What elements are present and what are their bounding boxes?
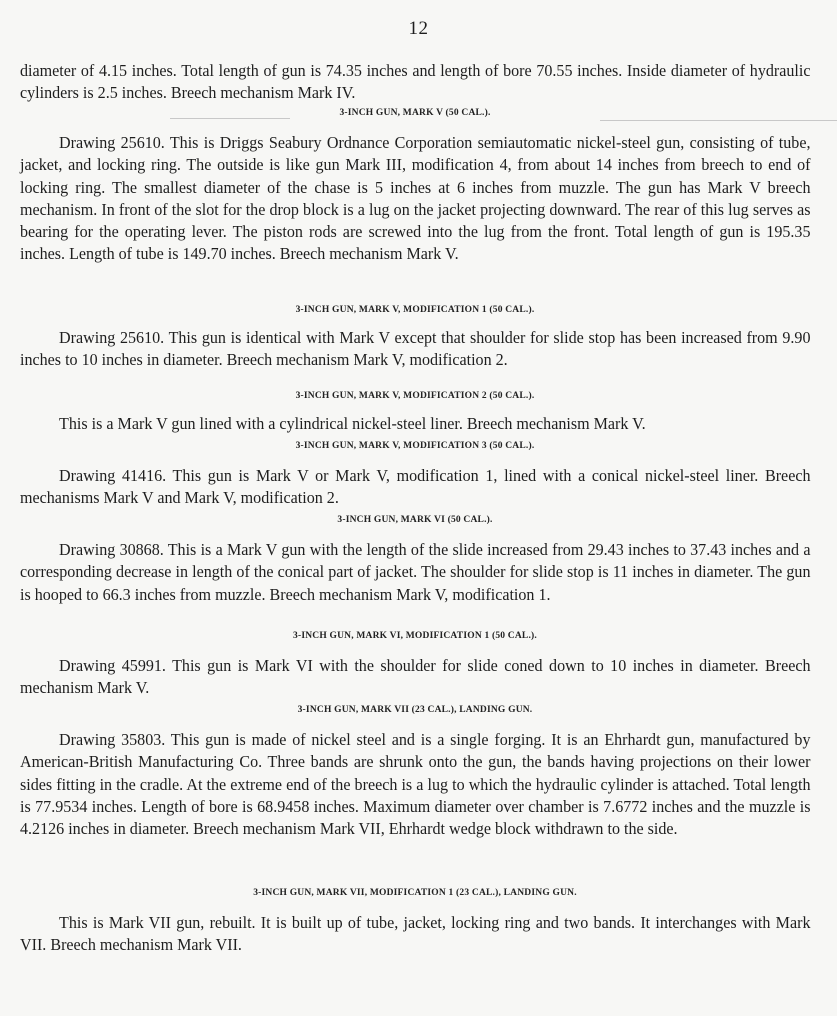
paragraph-mark-vi-mod-1: Drawing 45991. This gun is Mark VI with … [20,655,811,699]
document-page: 12 diameter of 4.15 inches. Total length… [0,0,837,1016]
paragraph-mark-v-mod-3: Drawing 41416. This gun is Mark V or Mar… [20,465,811,509]
page-number: 12 [0,18,837,40]
paragraph-mark-vi: Drawing 30868. This is a Mark V gun with… [20,539,811,627]
paragraph-continuation: diameter of 4.15 inches. Total length of… [20,60,811,104]
section-heading-mark-vi: 3-INCH GUN, MARK VI (50 CAL.). [20,515,810,525]
paragraph-mark-v-mod-1: Drawing 25610. This gun is identical wit… [20,327,811,393]
paragraph-mark-v-mod-2: This is a Mark V gun lined with a cylind… [20,413,811,435]
section-heading-mark-v-mod-3: 3-INCH GUN, MARK V, MODIFICATION 3 (50 C… [20,441,810,451]
page-body: diameter of 4.15 inches. Total length of… [20,60,810,956]
paragraph-mark-vii-mod-1: This is Mark VII gun, rebuilt. It is bui… [20,912,811,956]
paragraph-mark-vii: Drawing 35803. This gun is made of nicke… [20,729,811,884]
section-heading-mark-vi-mod-1: 3-INCH GUN, MARK VI, MODIFICATION 1 (50 … [20,631,810,641]
paragraph-mark-v: Drawing 25610. This is Driggs Seabury Or… [20,132,811,311]
section-heading-mark-v: 3-INCH GUN, MARK V (50 CAL.). [20,108,810,118]
section-heading-mark-vii: 3-INCH GUN, MARK VII (23 CAL.), LANDING … [20,705,810,715]
section-heading-mark-vii-mod-1: 3-INCH GUN, MARK VII, MODIFICATION 1 (23… [20,888,810,898]
